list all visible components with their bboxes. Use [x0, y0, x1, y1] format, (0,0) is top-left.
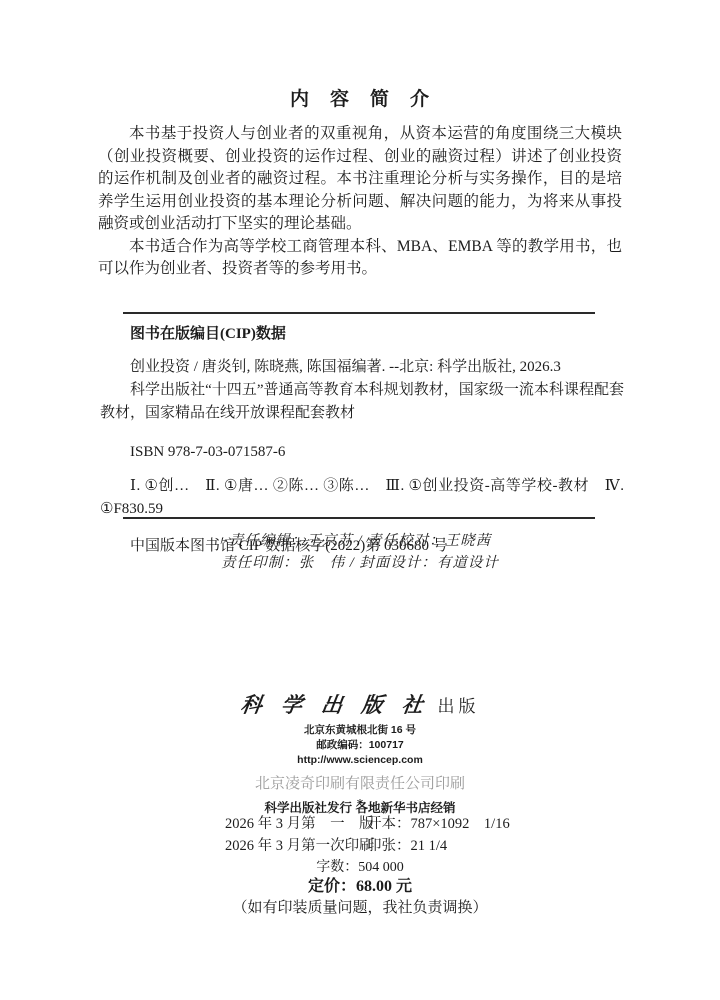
credits-editors-line: 责任编辑：王京苏 / 责任校对：王晓茜: [0, 530, 720, 552]
publisher-role-label: 出版: [438, 697, 480, 716]
edition-details: 2026 年 3 月第 一 版 开本：787×1092 1/16 2026 年 …: [225, 814, 510, 857]
cip-heading: 图书在版编目(CIP)数据: [100, 323, 624, 345]
price: 定价：68.00 元: [0, 873, 720, 896]
staff-credits: 责任编辑：王京苏 / 责任校对：王晓茜 责任印制：张 伟 / 封面设计：有道设计: [0, 530, 720, 574]
book-copyright-page: 内 容 简 介 本书基于投资人与创业者的双重视角，从资本运营的角度围绕三大模块（…: [0, 0, 720, 1000]
publisher-website: http://www.sciencep.com: [0, 753, 720, 768]
cip-series-note: 科学出版社“十四五”普通高等教育本科规划教材，国家级一流本科课程配套教材，国家精…: [100, 379, 624, 425]
edition-date: 2026 年 3 月第 一 版: [225, 814, 367, 836]
sheet-count: 印张：21 1/4: [367, 836, 447, 858]
summary-paragraph: 本书基于投资人与创业者的双重视角，从资本运营的角度围绕三大模块（创业投资概要、创…: [98, 123, 622, 236]
cip-classification: Ⅰ. ①创… Ⅱ. ①唐… ②陈… ③陈… Ⅲ. ①创业投资-高等学校-教材 Ⅳ…: [100, 475, 624, 521]
isbn-number: ISBN 978-7-03-071587-6: [100, 441, 624, 463]
publisher-imprint-line: 科 学 出 版 社出版: [0, 689, 720, 719]
cip-data-block: 图书在版编目(CIP)数据 创业投资 / 唐炎钊, 陈晓燕, 陈国福编著. --…: [100, 318, 624, 557]
printer-line: 北京凌奇印刷有限责任公司印刷: [0, 772, 720, 793]
cip-catalog-entry: 创业投资 / 唐炎钊, 陈晓燕, 陈国福编著. --北京: 科学出版社, 202…: [100, 356, 624, 378]
printing-date: 2026 年 3 月第一次印刷: [225, 836, 367, 858]
edition-row: 2026 年 3 月第 一 版 开本：787×1092 1/16: [225, 814, 510, 836]
publisher-address: 北京东黄城根北街 16 号: [0, 723, 720, 738]
page-title: 内 容 简 介: [0, 84, 720, 111]
format-spec: 开本：787×1092 1/16: [367, 814, 510, 836]
edition-row: 2026 年 3 月第一次印刷 印张：21 1/4: [225, 836, 510, 858]
cip-top-rule: [123, 312, 595, 314]
publisher-postcode: 邮政编码：100717: [0, 738, 720, 753]
publisher-logo: 科 学 出 版 社: [238, 689, 431, 719]
cip-bottom-rule: [123, 517, 595, 519]
summary-paragraph: 本书适合作为高等学校工商管理本科、MBA、EMBA 等的教学用书，也可以作为创业…: [98, 236, 622, 281]
content-summary: 本书基于投资人与创业者的双重视角，从资本运营的角度围绕三大模块（创业投资概要、创…: [98, 123, 622, 281]
credits-printing-line: 责任印制：张 伟 / 封面设计：有道设计: [0, 552, 720, 574]
quality-replacement-notice: （如有印装质量问题，我社负责调换）: [0, 896, 720, 917]
separator-asterisk: *: [0, 797, 720, 813]
